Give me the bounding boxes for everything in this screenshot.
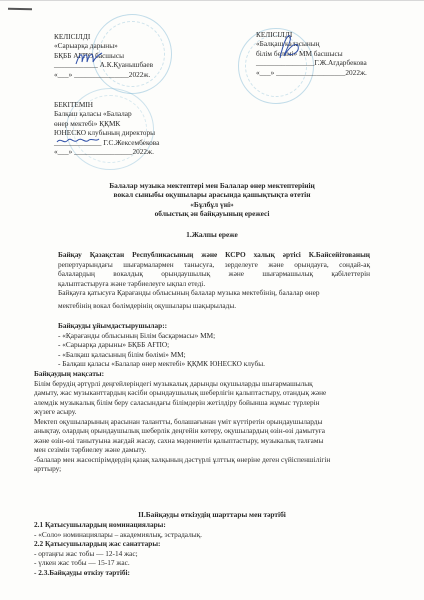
sub2-item: - үлкен жас тобы — 15-17 жас.: [34, 558, 202, 568]
section2-heading: II.Байқауды өткізудің шарттары мен тәрті…: [0, 510, 424, 519]
goal-line: дамыту, жас музыканттардың кәсіби орында…: [34, 388, 330, 398]
goal-line: мен сезімін тәрбиелеу және дамыту.: [34, 445, 330, 455]
approval-left-title: КЕЛІСІЛДІ: [54, 32, 153, 41]
title-line1: Балалар музыка мектептері мен Балалар өн…: [0, 181, 424, 190]
approval-approved: БЕКІТЕМІН Балқаш қаласы «Балалар өнер ме…: [54, 100, 159, 156]
signature-left-icon: [74, 50, 104, 66]
goal-line: арттыру;: [34, 464, 330, 474]
approved-line2: өнер мектебі» ҚҚМК: [54, 119, 159, 128]
approved-title: БЕКІТЕМІН: [54, 100, 159, 109]
signature-right-icon: [276, 30, 304, 62]
intro-line-2: репертуарындағы шығармалармен танысуға, …: [58, 260, 370, 270]
goal-line: анықтау, олардың орындаушылық шеберлік д…: [34, 426, 330, 436]
goal-line: және өзін-өзі танытуына жағдай жасау, са…: [34, 436, 330, 446]
sub1-item: - «Соло» номинациялары – академиялық, эс…: [34, 530, 202, 540]
approval-right-title: КЕЛІСІЛДІ: [256, 30, 367, 39]
page-top-edge: [0, 0, 424, 1]
signature-approved-icon: [56, 136, 100, 146]
goals: Байқаудың мақсаты: Білім берудің әртүрлі…: [34, 369, 330, 474]
goal-heading: Байқаудың мақсаты:: [34, 369, 330, 379]
goal-line: Мектеп оқушыларының арасынан талантты, б…: [34, 417, 330, 427]
scan-mark: [8, 8, 32, 10]
title-line2: вокал сыныбы оқушылары арасында қашықтық…: [0, 190, 424, 199]
document-page: КЕЛІСІЛДІ «Сарыарқа дарыны» БҚББ АҒПО ба…: [0, 0, 424, 600]
approval-right-org2: білім бөлімі» ММ басшысы: [256, 49, 367, 58]
intro-line-1: Байқау Қазақстан Республикасының және КС…: [58, 250, 370, 260]
approval-right-date: «___» ___________________2022ж.: [256, 68, 367, 77]
intro-line-3: балалардың вокалдық орындаушылық және шы…: [58, 269, 370, 279]
title-line4: облыстық ән байқауының ережесі: [0, 209, 424, 218]
approval-right: КЕЛІСІЛДІ «Балқаш қаласының білім бөлімі…: [256, 30, 367, 77]
organizer-item: - «Сарыарқа дарыны» БҚББ АҒПО;: [58, 340, 265, 350]
goal-line: жүзеге асыру.: [34, 407, 330, 417]
document-title: Балалар музыка мектептері мен Балалар өн…: [0, 181, 424, 219]
sub1-heading: 2.1 Қатысушылардың номинациялары:: [34, 520, 202, 530]
approval-right-signer: ________________Г.Ж.Агдарбекова: [256, 58, 367, 67]
section2-body: 2.1 Қатысушылардың номинациялары: - «Сол…: [34, 520, 202, 577]
organizer-item: - «Қарағанды облысының Білім басқармасы»…: [58, 331, 265, 341]
approval-left-date: «___» _______________2022ж.: [54, 70, 153, 79]
approved-line1: Балқаш қаласы «Балалар: [54, 109, 159, 118]
sub2-heading: 2.2 Қатысушылардың жас санаттары:: [34, 539, 202, 549]
section1-intro: Байқау Қазақстан Республикасының және КС…: [58, 250, 370, 310]
approved-date: «___» ________________2022ж.: [54, 147, 159, 156]
goal-line: -балалар мен жасөспірімдердің қазақ халқ…: [34, 455, 330, 465]
goal-line: әлемдік музыкалық білім беру саласындағы…: [34, 398, 330, 408]
approval-right-org1: «Балқаш қаласының: [256, 39, 367, 48]
title-line3: «Бұлбұл үні»: [0, 200, 424, 209]
goal-line: Білім берудің әртүрлі деңгейлеріндегі му…: [34, 379, 330, 389]
organizers: Байқауды ұйымдастырушылар:: - «Қарағанды…: [58, 321, 265, 369]
intro-line-4: қалыптастыруға және тәрбиелеуге ықпал ет…: [58, 279, 370, 289]
organizer-item: - Балқаш қаласы «Балалар өнер мектебі» Қ…: [58, 359, 265, 369]
organizer-item: - «Балқаш қаласының білім бөлімі» ММ;: [58, 350, 265, 360]
section1-heading: 1.Жалпы ереже: [0, 230, 424, 239]
invite-line-2: мектебінің вокал бөлімдерінің оқушылары …: [58, 301, 370, 311]
organizers-heading: Байқауды ұйымдастырушылар::: [58, 321, 265, 331]
sub3-heading: - 2.3.Байқауды өткізу тәртібі:: [34, 568, 202, 578]
invite-line-1: Байқауға қатысуға Қарағанды облысының ба…: [58, 288, 370, 298]
sub2-item: - ортаңғы жас тобы — 12-14 жас;: [34, 549, 202, 559]
